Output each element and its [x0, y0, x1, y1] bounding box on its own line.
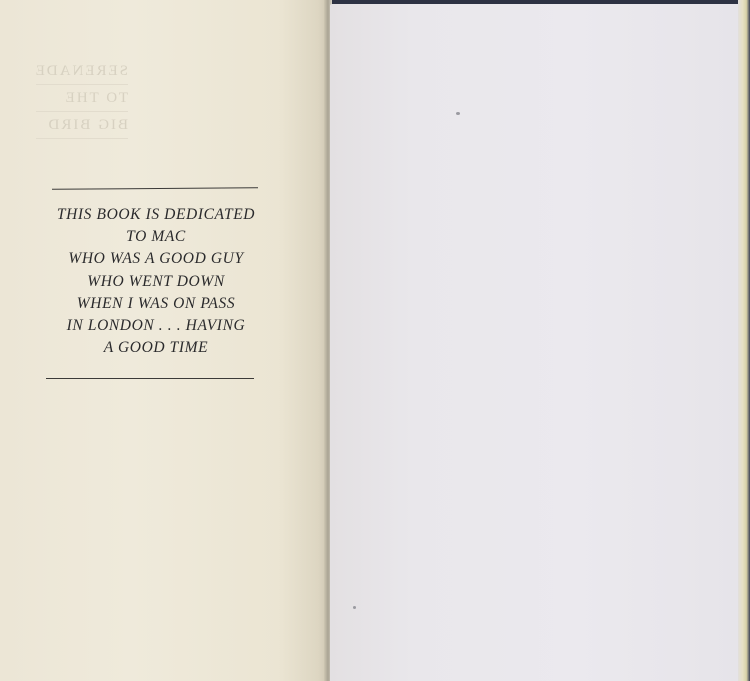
book-photo: SERENADE TO THE BIG BIRD THIS BOOK IS DE… [0, 0, 750, 681]
paper-speck [353, 606, 356, 609]
show-through-line: SERENADE [36, 58, 128, 85]
show-through-title: SERENADE TO THE BIG BIRD [18, 58, 128, 139]
dedication-line: TO MAC [40, 226, 272, 248]
dedication-line: IN LONDON . . . HAVING [40, 315, 272, 337]
dedication-text: THIS BOOK IS DEDICATED TO MAC WHO WAS A … [40, 204, 272, 359]
paper-speck [456, 112, 460, 115]
top-rule [52, 187, 258, 189]
dedication-line: THIS BOOK IS DEDICATED [40, 204, 272, 226]
dedication-line: WHO WAS A GOOD GUY [40, 248, 272, 270]
dedication-line: WHO WENT DOWN [40, 271, 272, 293]
show-through-line: BIG BIRD [36, 112, 128, 139]
left-page: SERENADE TO THE BIG BIRD THIS BOOK IS DE… [0, 0, 328, 681]
bottom-rule [46, 378, 254, 379]
page-edges [738, 0, 750, 681]
right-page-blank [330, 4, 742, 681]
dedication-line: A GOOD TIME [40, 337, 272, 359]
show-through-line: TO THE [36, 85, 128, 112]
dedication-line: WHEN I WAS ON PASS [40, 293, 272, 315]
